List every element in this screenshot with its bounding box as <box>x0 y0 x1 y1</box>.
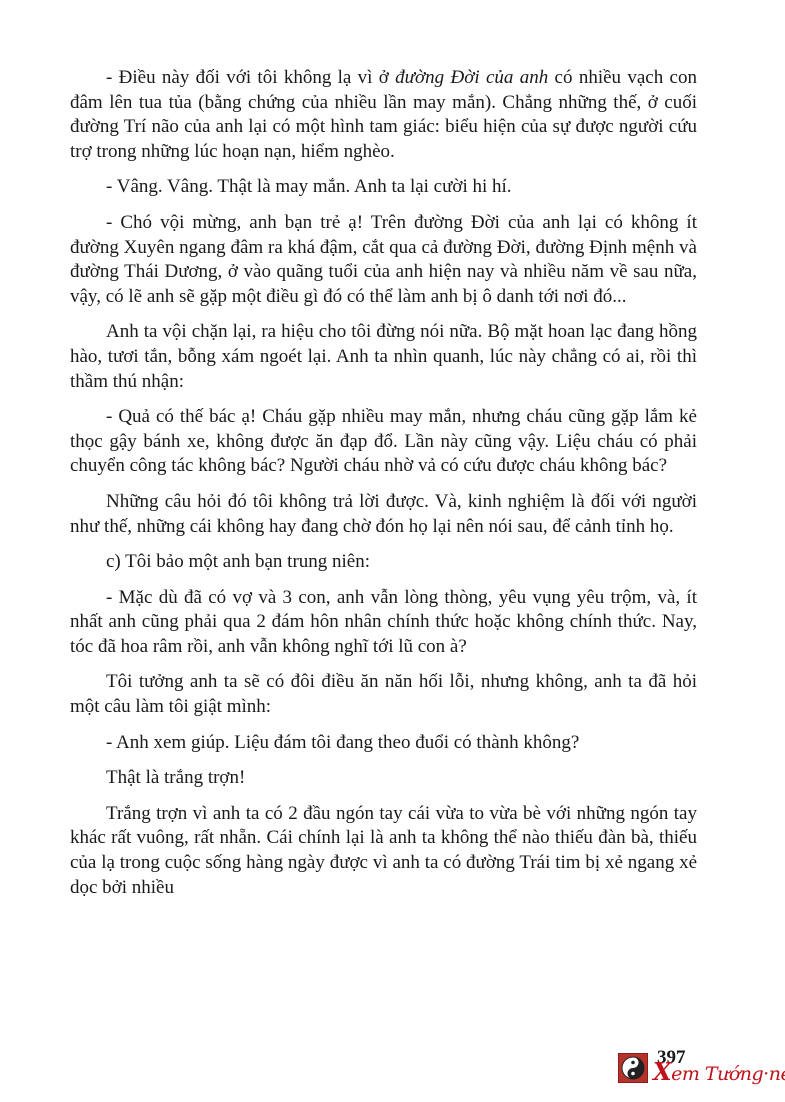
paragraph-6: Những câu hỏi đó tôi không trả lời được.… <box>70 490 697 539</box>
watermark-brand: Xem Tướng·net <box>653 1057 785 1086</box>
paragraph-9: Tôi tưởng anh ta sẽ có đôi điều ăn năn h… <box>70 670 697 719</box>
paragraph-7: c) Tôi bảo một anh bạn trung niên: <box>70 550 697 575</box>
paragraph-1-part-1: - Điều này đối với tôi không lạ vì ở <box>106 67 395 88</box>
watermark-brand-rest: em Tướng·net <box>671 1063 785 1085</box>
paragraph-3: - Chó vội mừng, anh bạn trẻ ạ! Trên đườn… <box>70 211 697 309</box>
paragraph-4: Anh ta vội chặn lại, ra hiệu cho tôi đừn… <box>70 320 697 394</box>
book-page-text: - Điều này đối với tôi không lạ vì ở đườ… <box>70 66 697 911</box>
watermark-brand-initial: X <box>653 1057 671 1086</box>
watermark-logo <box>618 1053 648 1083</box>
paragraph-10: - Anh xem giúp. Liệu đám tôi đang theo đ… <box>70 731 697 756</box>
page-footer: 397 Xem Tướng·net <box>615 1047 780 1087</box>
paragraph-1: - Điều này đối với tôi không lạ vì ở đườ… <box>70 66 697 164</box>
yin-yang-icon <box>621 1056 645 1080</box>
paragraph-1-italic-phrase: đường Đời của anh <box>395 67 548 88</box>
paragraph-5: - Quả có thế bác ạ! Cháu gặp nhiều may m… <box>70 405 697 479</box>
paragraph-12: Trắng trợn vì anh ta có 2 đầu ngón tay c… <box>70 802 697 900</box>
paragraph-11: Thật là trắng trợn! <box>70 766 697 791</box>
paragraph-2: - Vâng. Vâng. Thật là may mắn. Anh ta lạ… <box>70 175 697 200</box>
paragraph-8: - Mặc dù đã có vợ và 3 con, anh vẫn lòng… <box>70 586 697 660</box>
